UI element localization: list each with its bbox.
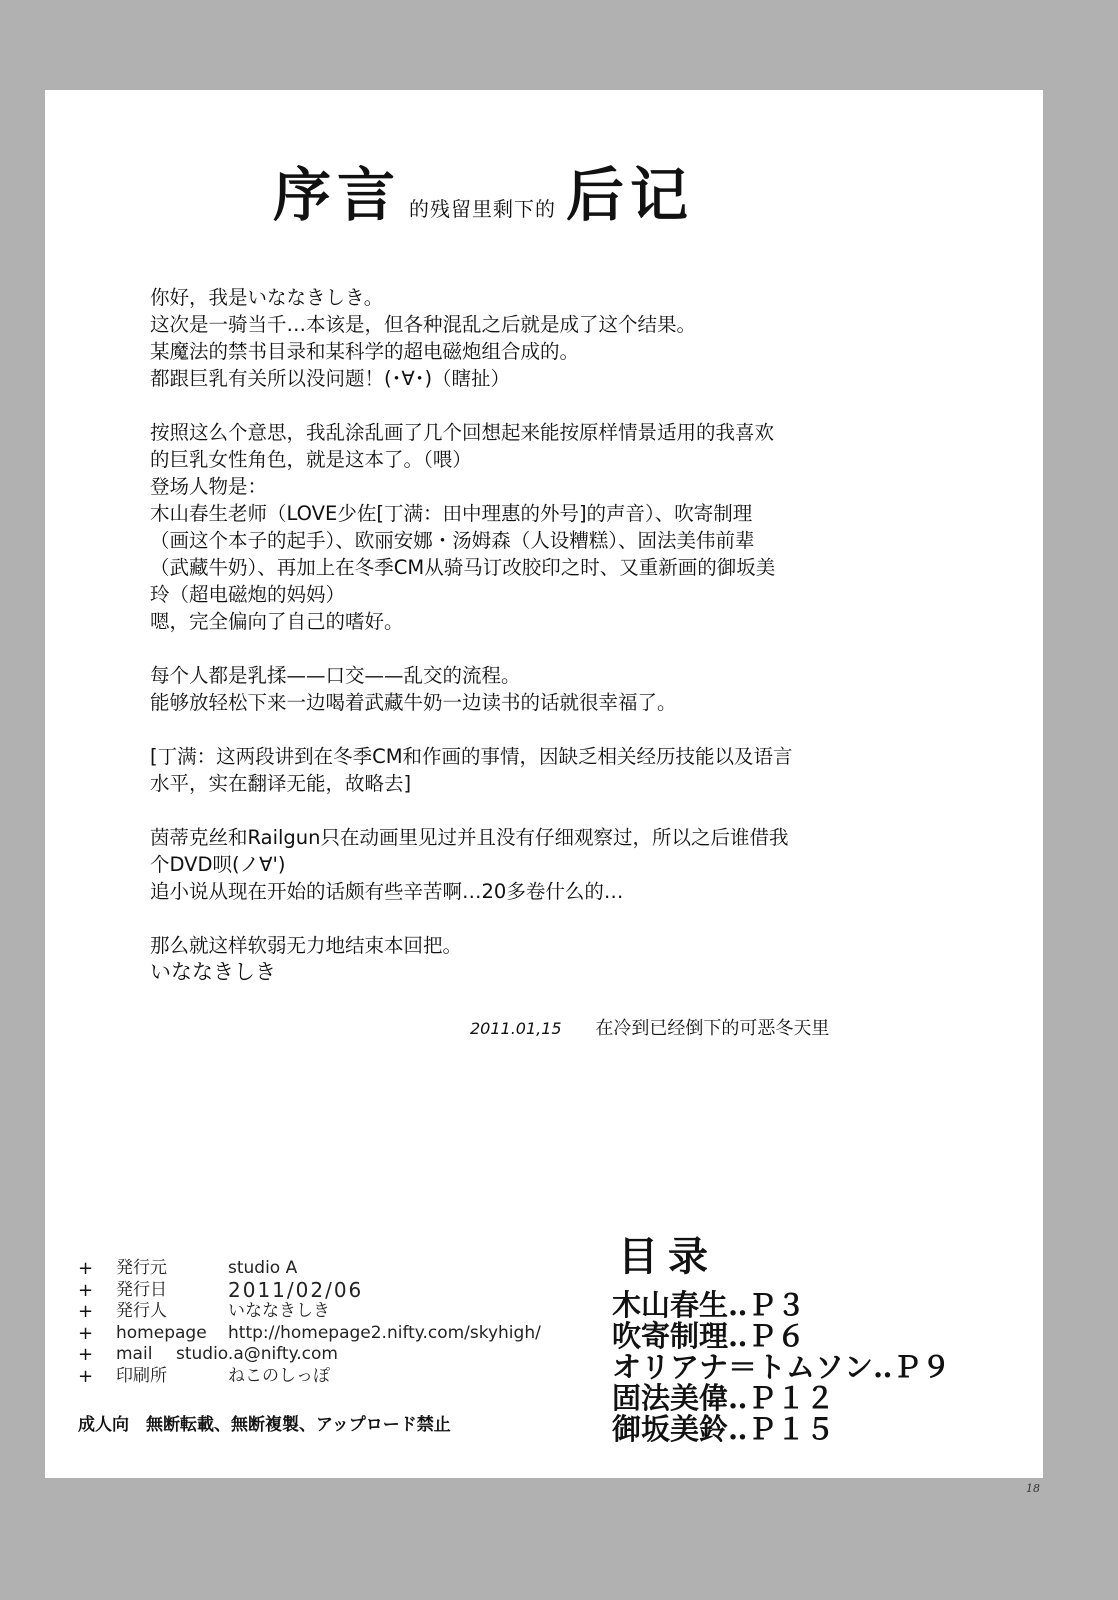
paragraph-line: 登场人物是：: [150, 473, 950, 500]
colophon-key: homepage: [116, 1323, 228, 1345]
mail-link[interactable]: studio.a@nifty.com: [176, 1344, 338, 1366]
colophon-row-printer: + 印刷所 ねこのしっぽ: [78, 1366, 541, 1388]
toc-item: オリアナ＝トムソン‥Ｐ９: [612, 1352, 951, 1383]
paragraph-line: 个DVD呗(ノ∀'): [150, 851, 950, 878]
title-connector: 的残留里剩下的: [409, 196, 556, 222]
dateline: 2011.01,15 在冷到已经倒下的可恶冬天里: [470, 1014, 829, 1040]
colophon-value: studio A: [228, 1258, 297, 1280]
paragraph-line: 按照这么个意思，我乱涂乱画了几个回想起来能按原样情景适用的我喜欢: [150, 419, 950, 446]
colophon-row-author: + 発行人 いななきしき: [78, 1301, 541, 1323]
homepage-link[interactable]: http://homepage2.nifty.com/skyhigh/: [228, 1323, 541, 1345]
paragraph-line: 都跟巨乳有关所以没问题！(･∀･)（瞎扯）: [150, 365, 950, 392]
plus-bullet-icon: +: [78, 1280, 116, 1302]
toc-item: 固法美偉‥Ｐ１２: [612, 1383, 951, 1414]
paragraph-line: 木山春生老师（LOVE少佐[丁满：田中理惠的外号]的声音）、吹寄制理: [150, 500, 950, 527]
paragraph-line: （武藏牛奶）、再加上在冬季CM从骑马订改胶印之时、又重新画的御坂美: [150, 554, 950, 581]
paragraph-line: 玲（超电磁炮的妈妈）: [150, 581, 950, 608]
paragraph-line: 你好，我是いななきしき。: [150, 284, 950, 311]
colophon-key: 発行元: [116, 1258, 228, 1280]
toc-item: 木山春生‥Ｐ３: [612, 1290, 951, 1321]
document-page: 序言 的残留里剩下的 后记 你好，我是いななきしき。 这次是一骑当千…本该是，但…: [45, 90, 1043, 1478]
paragraph-line: 嗯，完全偏向了自己的嗜好。: [150, 608, 950, 635]
paragraph-line: 每个人都是乳揉——口交——乱交的流程。: [150, 662, 950, 689]
paragraph-line: 追小说从现在开始的话颇有些辛苦啊…20多卷什么的…: [150, 878, 950, 905]
paragraph-gap: [150, 635, 950, 662]
toc-item: 吹寄制理‥Ｐ６: [612, 1321, 951, 1352]
paragraph-line: 某魔法的禁书目录和某科学的超电磁炮组合成的。: [150, 338, 950, 365]
title-preface: 序言: [273, 160, 401, 230]
paragraph-gap: [150, 716, 950, 743]
colophon-key: 印刷所: [116, 1366, 228, 1388]
dateline-note: 在冷到已经倒下的可恶冬天里: [595, 1018, 829, 1039]
afterword-body: 你好，我是いななきしき。 这次是一骑当千…本该是，但各种混乱之后就是成了这个结果…: [150, 284, 950, 986]
page-title: 序言 的残留里剩下的 后记: [273, 160, 694, 230]
plus-bullet-icon: +: [78, 1323, 116, 1345]
colophon-key: 発行日: [116, 1280, 228, 1302]
translator-note-line: 水平，实在翻译无能，故略去]: [150, 770, 950, 797]
paragraph-line: 能够放轻松下来一边喝着武藏牛奶一边读书的话就很幸福了。: [150, 689, 950, 716]
plus-bullet-icon: +: [78, 1258, 116, 1280]
colophon-row-publisher: + 発行元 studio A: [78, 1258, 541, 1280]
colophon-row-homepage: + homepage http://homepage2.nifty.com/sk…: [78, 1323, 541, 1345]
colophon-row-date: + 発行日 2011/02/06: [78, 1280, 541, 1302]
colophon-row-mail: + mail studio.a@nifty.com: [78, 1344, 541, 1366]
paragraph-line: 茵蒂克丝和Railgun只在动画里见过并且没有仔细观察过，所以之后谁借我: [150, 824, 950, 851]
colophon-value: いななきしき: [228, 1301, 330, 1323]
author-signature: いななきしき: [150, 959, 950, 986]
dateline-date: 2011.01,15: [470, 1019, 562, 1038]
toc-title: 目录: [618, 1225, 718, 1282]
colophon: + 発行元 studio A + 発行日 2011/02/06 + 発行人 いな…: [78, 1258, 541, 1387]
colophon-value: ねこのしっぽ: [228, 1366, 330, 1388]
page-number: 18: [1026, 1482, 1040, 1495]
paragraph-gap: [150, 797, 950, 824]
plus-bullet-icon: +: [78, 1301, 116, 1323]
paragraph-line: 那么就这样软弱无力地结束本回把。: [150, 932, 950, 959]
plus-bullet-icon: +: [78, 1344, 116, 1366]
paragraph-line: 的巨乳女性角色，就是这本了。（喂）: [150, 446, 950, 473]
title-afterword: 后记: [566, 160, 694, 230]
plus-bullet-icon: +: [78, 1366, 116, 1388]
toc-item: 御坂美鈴‥Ｐ１５: [612, 1414, 951, 1445]
table-of-contents: 木山春生‥Ｐ３ 吹寄制理‥Ｐ６ オリアナ＝トムソン‥Ｐ９ 固法美偉‥Ｐ１２ 御坂…: [612, 1290, 951, 1445]
paragraph-gap: [150, 392, 950, 419]
paragraph-line: （画这个本子的起手）、欧丽安娜・汤姆森（人设糟糕）、固法美伟前辈: [150, 527, 950, 554]
paragraph-gap: [150, 905, 950, 932]
paragraph-line: 这次是一骑当千…本该是，但各种混乱之后就是成了这个结果。: [150, 311, 950, 338]
translator-note-line: [丁满：这两段讲到在冬季CM和作画的事情，因缺乏相关经历技能以及语言: [150, 743, 950, 770]
colophon-key: mail: [116, 1344, 176, 1366]
colophon-key: 発行人: [116, 1301, 228, 1323]
adult-warning: 成人向 無断転載、無断複製、アップロード禁止: [78, 1410, 451, 1435]
colophon-value: 2011/02/06: [228, 1280, 363, 1302]
